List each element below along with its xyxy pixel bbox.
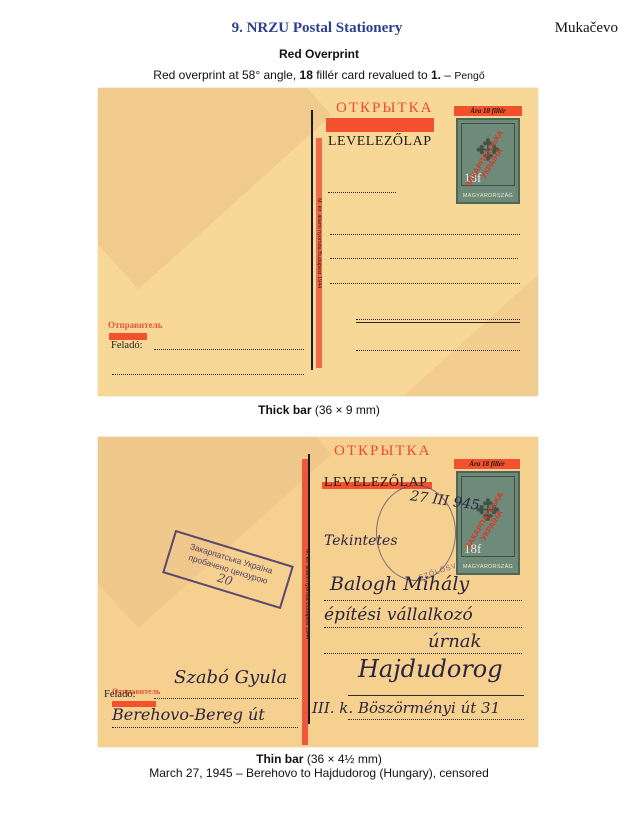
address-line [324,627,522,628]
address-line [330,258,518,259]
heading-russian: ОТКРЫТКА [334,443,431,460]
caption-thin-bar: Thin bar (36 × 4½ mm) [0,752,638,766]
address-line [348,695,524,696]
postcard-thick-bar: M. kir. állami nyomda Budapest 1944 ОТКР… [98,88,538,396]
paper-toning [379,270,538,396]
section-subtitle: Red Overprint [0,47,638,61]
address-line [356,319,520,320]
location-label: Mukačevo [555,20,618,37]
address-line [356,350,520,351]
handwritten-sender-city: Berehovo-Bereg út [112,705,265,724]
caption-route: March 27, 1945 – Berehovo to Hajdudorog … [0,766,638,780]
sender-line [154,349,304,350]
sender-line [112,727,298,728]
handwritten-occupation: építési vállalkozó [324,605,473,625]
paper-toning [98,88,332,289]
handwritten-street: III. k. Böszörményi út 31 [312,699,500,717]
sender-label-russian: Отправитель [108,320,162,330]
stamp-price-label: Ára 18 fillér [454,106,522,116]
divider-line [311,110,313,370]
sender-label-hungarian: Feladó: [104,689,136,700]
address-line [330,234,520,235]
description: Red overprint at 58° angle, 18 fillér ca… [0,68,638,82]
heading-hungarian: LEVELEZŐLAP [328,134,431,150]
imprinted-stamp: ✥ 18f MAGYARORSZÁG ЗАКАРПАТСЬКА УКРАЇНА [456,118,520,204]
imprinted-stamp: ✥ 18f MAGYARORSZÁG ЗАКАРПАТСЬКА УКРАЇНА [456,471,520,575]
handwritten-title: úrnak [428,631,481,652]
sender-line [112,374,304,375]
caption-thick-bar: Thick bar (36 × 9 mm) [0,403,638,417]
sender-red-bar [109,333,147,340]
handwritten-sender-name: Szabó Gyula [174,667,287,688]
handwritten-salutation: Tekintetes [324,533,398,549]
address-line [356,322,520,323]
stamp-price-label: Ára 18 fillér [454,459,520,469]
handwritten-city: Hajdudorog [358,655,503,683]
address-line [324,600,522,601]
handwritten-addressee: Balogh Mihály [330,573,469,595]
printer-imprint: M. kir. állami nyomda Budapest 1944 [316,198,322,288]
address-line [330,283,520,284]
postcard-thin-bar: M. kir. állami nyomda Budapest 1944 ОТКР… [98,437,538,747]
page-title: 9. NRZU Postal Stationery [0,20,638,37]
printer-imprint: M. kir. állami nyomda Budapest 1944 [304,549,310,639]
red-overprint-bar-thick [326,118,434,132]
sender-label-hungarian: Feladó: [111,340,143,351]
address-line [324,653,522,654]
paper-toning [98,437,332,628]
address-line [328,192,396,193]
sender-line [154,698,298,699]
address-line [348,719,524,720]
heading-russian: ОТКРЫТКА [336,100,433,117]
